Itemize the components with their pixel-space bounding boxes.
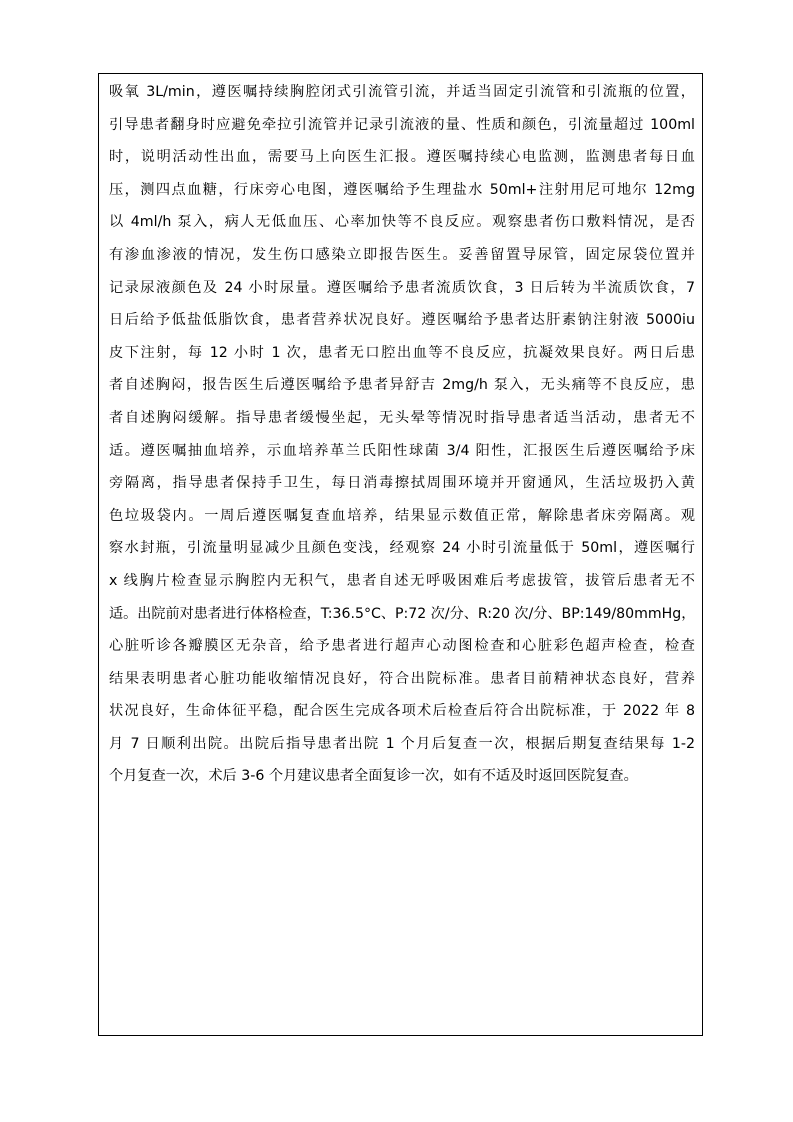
text-line: 色垃圾袋内。一周后遵医嘱复查血培养，结果显示数值正常，解除患者床旁隔离。观	[109, 500, 695, 533]
document-table-cell: 吸氧 3L/min，遵医嘱持续胸腔闭式引流管引流，并适当固定引流管和引流瓶的位置…	[98, 73, 703, 1036]
text-line: 结果表明患者心脏功能收缩情况良好，符合出院标准。患者目前精神状态良好，营养	[109, 663, 695, 696]
text-line: 皮下注射，每 12 小时 1 次，患者无口腔出血等不良反应，抗凝效果良好。两日后…	[109, 337, 695, 370]
text-line: 时，说明活动性出血，需要马上向医生汇报。遵医嘱持续心电监测，监测患者每日血	[109, 141, 695, 174]
text-line: 个月复查一次，术后 3-6 个月建议患者全面复诊一次，如有不适及时返回医院复查。	[109, 760, 695, 793]
text-line: 者自述胸闷缓解。指导患者缓慢坐起，无头晕等情况时指导患者适当活动，患者无不	[109, 402, 695, 435]
document-body-text: 吸氧 3L/min，遵医嘱持续胸腔闭式引流管引流，并适当固定引流管和引流瓶的位置…	[109, 76, 695, 793]
text-line: 心脏听诊各瓣膜区无杂音，给予患者进行超声心动图检查和心脏彩色超声检查，检查	[109, 630, 695, 663]
text-line: 月 7 日顺利出院。出院后指导患者出院 1 个月后复查一次，根据后期复查结果每 …	[109, 728, 695, 761]
text-line: 察水封瓶，引流量明显减少且颜色变浅，经观察 24 小时引流量低于 50ml，遵医…	[109, 532, 695, 565]
text-line: 记录尿液颜色及 24 小时尿量。遵医嘱给予患者流质饮食，3 日后转为半流质饮食，…	[109, 272, 695, 305]
text-line: 吸氧 3L/min，遵医嘱持续胸腔闭式引流管引流，并适当固定引流管和引流瓶的位置…	[109, 76, 695, 109]
text-line: x 线胸片检查显示胸腔内无积气，患者自述无呼吸困难后考虑拔管，拔管后患者无不	[109, 565, 695, 598]
text-line: 日后给予低盐低脂饮食，患者营养状况良好。遵医嘱给予患者达肝素钠注射液 5000i…	[109, 304, 695, 337]
text-line: 适。出院前对患者进行体格检查，T:36.5°C、P:72 次/分、R:20 次/…	[109, 598, 692, 631]
text-line: 旁隔离，指导患者保持手卫生，每日消毒擦拭周围环境并开窗通风，生活垃圾扔入黄	[109, 467, 695, 500]
text-line: 有渗血渗液的情况，发生伤口感染立即报告医生。妥善留置导尿管，固定尿袋位置并	[109, 239, 695, 272]
text-line: 者自述胸闷，报告医生后遵医嘱给予患者异舒吉 2mg/h 泵入，无头痛等不良反应，…	[109, 369, 695, 402]
text-line: 以 4ml/h 泵入，病人无低血压、心率加快等不良反应。观察患者伤口敷料情况，是…	[109, 206, 695, 239]
text-line: 压，测四点血糖，行床旁心电图，遵医嘱给予生理盐水 50ml+注射用尼可地尔 12…	[109, 174, 695, 207]
text-line: 引导患者翻身时应避免牵拉引流管并记录引流液的量、性质和颜色，引流量超过 100m…	[109, 109, 695, 142]
text-line: 适。遵医嘱抽血培养，示血培养革兰氏阳性球菌 3/4 阳性，汇报医生后遵医嘱给予床	[109, 435, 695, 468]
text-line: 状况良好，生命体征平稳，配合医生完成各项术后检查后符合出院标准，于 2022 年…	[109, 695, 695, 728]
